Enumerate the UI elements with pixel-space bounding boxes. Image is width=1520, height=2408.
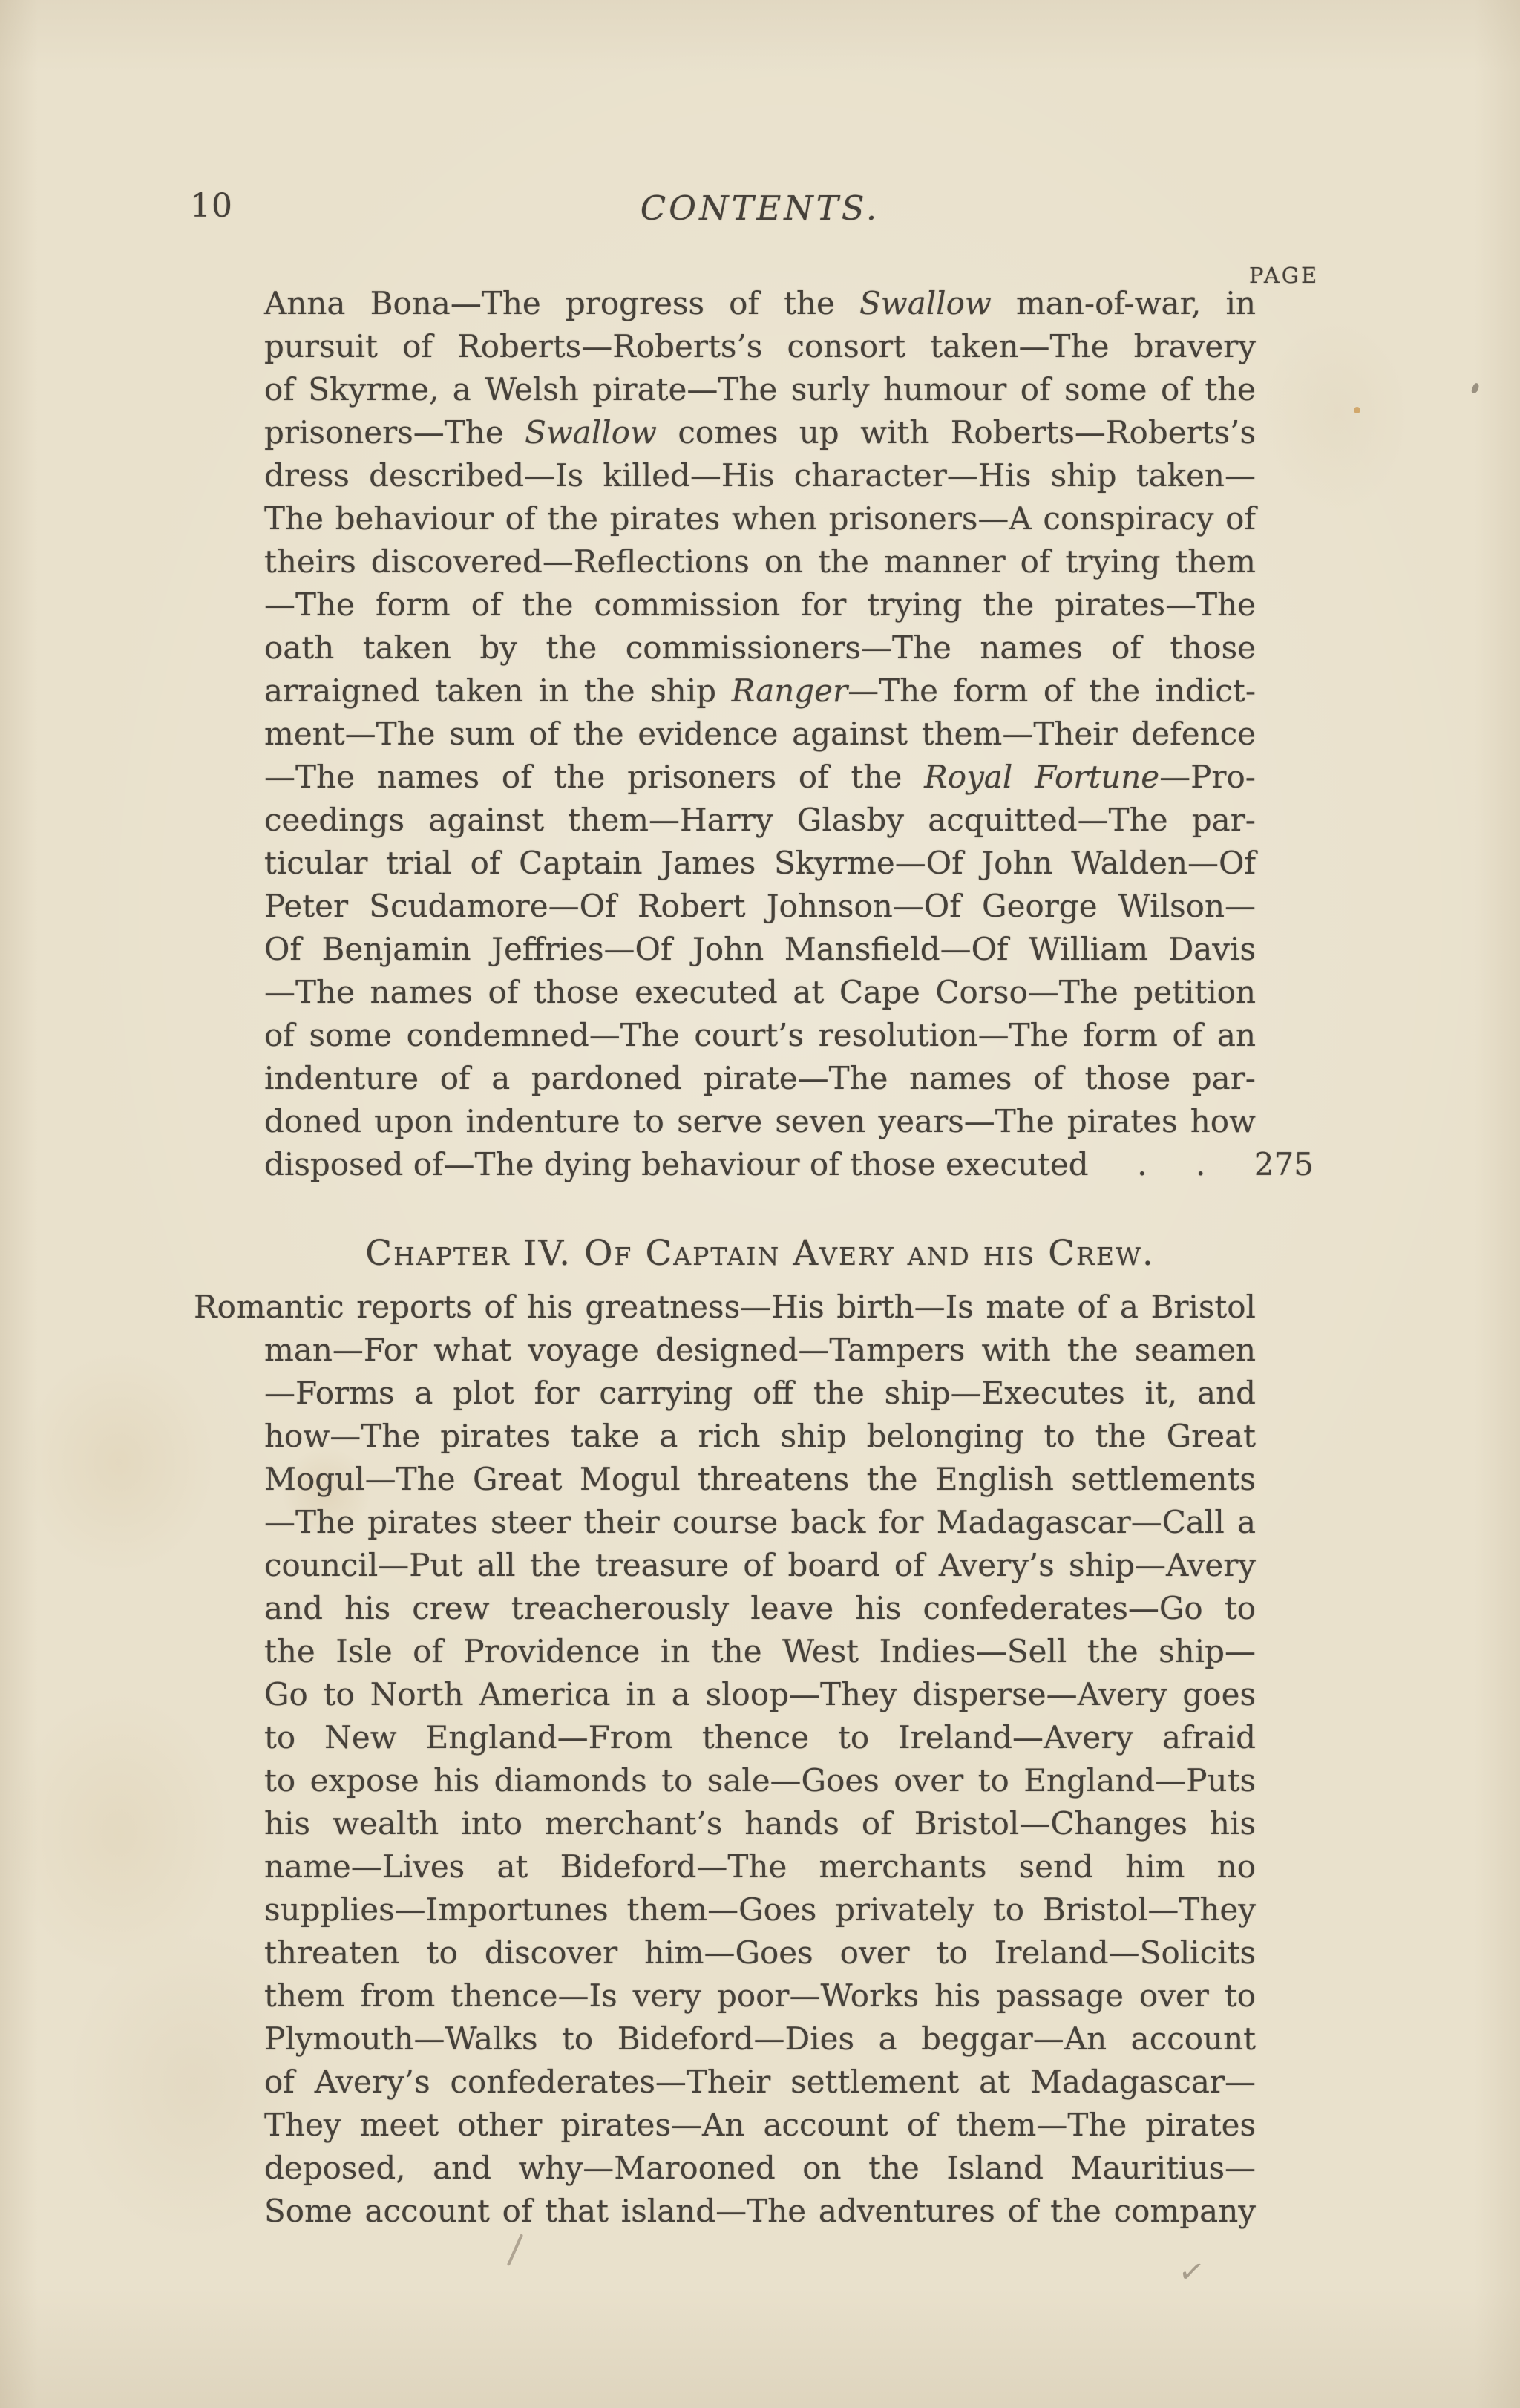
toc-line: pursuit of Roberts—Roberts’s consort tak… xyxy=(264,325,1256,368)
toc-line: to New England—From thence to Ireland—Av… xyxy=(264,1716,1256,1759)
toc-entry-lines: Anna Bona—The progress of the Swallow ma… xyxy=(264,282,1256,1143)
page-column-label: PAGE xyxy=(1249,263,1319,288)
toc-line: ceedings against them—Harry Glasby acqui… xyxy=(264,799,1256,842)
toc-line: —The names of those executed at Cape Cor… xyxy=(264,971,1256,1014)
ink-speck xyxy=(1471,382,1480,394)
toc-line: indenture of a pardoned pirate—The names… xyxy=(264,1057,1256,1100)
toc-line: ment—The sum of the evidence against the… xyxy=(264,713,1256,756)
chapter-heading: Chapter IV. Of Captain Avery and his Cre… xyxy=(264,1231,1256,1276)
toc-line: ticular trial of Captain James Skyrme—Of… xyxy=(264,842,1256,885)
italic-ship-name: Ranger xyxy=(732,673,848,709)
italic-ship-name: Swallow xyxy=(525,414,657,451)
dot-leader: . xyxy=(1196,1143,1205,1186)
toc-line: —The pirates steer their course back for… xyxy=(264,1501,1256,1544)
pencil-check-mark: ✓ xyxy=(1176,2252,1208,2291)
toc-line: supplies—Importunes them—Goes privately … xyxy=(264,1888,1256,1931)
toc-line: dress described—Is killed—His character—… xyxy=(264,454,1256,497)
toc-line: —The names of the prisoners of the Royal… xyxy=(264,756,1256,799)
toc-line: deposed, and why—Marooned on the Island … xyxy=(264,2147,1256,2190)
toc-line: of some condemned—The court’s resolution… xyxy=(264,1014,1256,1057)
toc-line: Mogul—The Great Mogul threatens the Engl… xyxy=(264,1458,1256,1501)
toc-line: man—For what voyage designed—Tampers wit… xyxy=(264,1329,1256,1372)
paper-stain xyxy=(22,1351,215,1574)
toc-line-with-page-ref: disposed of—The dying behaviour of those… xyxy=(264,1143,1314,1186)
toc-line: theirs discovered—Reflections on the man… xyxy=(264,540,1256,583)
toc-line: Peter Scudamore—Of Robert Johnson—Of Geo… xyxy=(264,885,1256,928)
paper-fleck xyxy=(1354,407,1360,413)
toc-line: Romantic reports of his greatness—His bi… xyxy=(194,1286,1256,1329)
pencil-slash-mark xyxy=(507,2234,523,2266)
dot-leader: . xyxy=(1137,1143,1147,1186)
toc-line: Anna Bona—The progress of the Swallow ma… xyxy=(264,282,1256,325)
toc-line: the Isle of Providence in the West Indie… xyxy=(264,1630,1256,1673)
toc-line: and his crew treacherously leave his con… xyxy=(264,1587,1256,1630)
toc-line-text: disposed of—The dying behaviour of those… xyxy=(264,1143,1089,1186)
toc-line: to expose his diamonds to sale—Goes over… xyxy=(264,1759,1256,1802)
toc-line: Plymouth—Walks to Bideford—Dies a beggar… xyxy=(264,2018,1256,2061)
toc-line: threaten to discover him—Goes over to Ir… xyxy=(264,1931,1256,1975)
toc-line: prisoners—The Swallow comes up with Robe… xyxy=(264,411,1256,454)
toc-line: name—Lives at Bideford—The merchants sen… xyxy=(264,1845,1256,1888)
toc-line: them from thence—Is very poor—Works his … xyxy=(264,1975,1256,2018)
toc-line: how—The pirates take a rich ship belongi… xyxy=(264,1415,1256,1458)
running-head-contents: CONTENTS. xyxy=(264,189,1256,228)
toc-entry-lines: Romantic reports of his greatness—His bi… xyxy=(264,1286,1256,2233)
toc-line: his wealth into merchant’s hands of Bris… xyxy=(264,1802,1256,1845)
italic-ship-name: Royal Fortune xyxy=(924,759,1159,795)
toc-entry-roberts-trial: Anna Bona—The progress of the Swallow ma… xyxy=(264,282,1256,1186)
toc-line: —The form of the commission for trying t… xyxy=(264,583,1256,626)
toc-line: Go to North America in a sloop—They disp… xyxy=(264,1673,1256,1716)
paper-stain xyxy=(7,1692,230,1975)
toc-line: doned upon indenture to serve seven year… xyxy=(264,1100,1256,1143)
paper-stain xyxy=(1262,319,1410,512)
page-reference: 275 xyxy=(1254,1143,1314,1186)
book-page-scan: 10 CONTENTS. PAGE Anna Bona—The progress… xyxy=(0,0,1520,2408)
toc-line: Some account of that island—The adventur… xyxy=(264,2190,1256,2233)
toc-line: oath taken by the commissioners—The name… xyxy=(264,626,1256,670)
toc-line: The behaviour of the pirates when prison… xyxy=(264,497,1256,540)
toc-line: Of Benjamin Jeffries—Of John Mansfield—O… xyxy=(264,928,1256,971)
toc-line: arraigned taken in the ship Ranger—The f… xyxy=(264,670,1256,713)
toc-line: of Avery’s confederates—Their settlement… xyxy=(264,2061,1256,2104)
page-number: 10 xyxy=(190,187,233,225)
italic-ship-name: Swallow xyxy=(859,285,992,321)
toc-entry-captain-avery: Romantic reports of his greatness—His bi… xyxy=(264,1286,1256,2233)
toc-line: They meet other pirates—An account of th… xyxy=(264,2104,1256,2147)
toc-line: council—Put all the treasure of board of… xyxy=(264,1544,1256,1587)
toc-line: —Forms a plot for carrying off the ship—… xyxy=(264,1372,1256,1415)
toc-line: of Skyrme, a Welsh pirate—The surly humo… xyxy=(264,368,1256,411)
